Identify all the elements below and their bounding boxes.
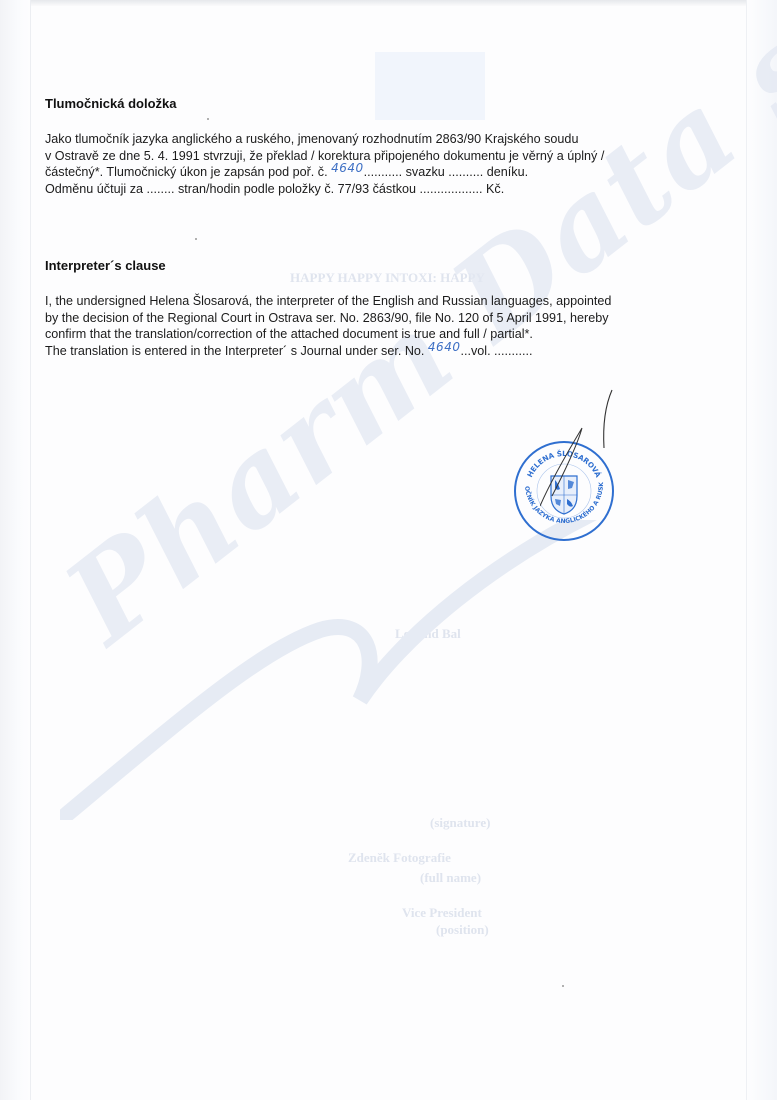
czech-line-3-end: ........... svazku .......... deníku. (364, 165, 528, 179)
czech-line-4: Odměnu účtuji za ........ stran/hodin po… (45, 181, 645, 198)
ghost-text-3: (signature) (430, 815, 490, 831)
document-page: HAPPY HAPPY INTOXI: HAPPY Lot and Bal (s… (0, 0, 777, 1100)
page-edge-right (746, 0, 777, 1100)
english-line-4-end: ...vol. ........... (460, 344, 532, 358)
english-line-4-start: The translation is entered in the Interp… (45, 344, 428, 358)
speck (207, 118, 209, 120)
english-clause-section: Interpreter´s clause I, the undersigned … (45, 258, 645, 359)
ghost-text-6: Vice President (402, 905, 482, 921)
english-line-2: by the decision of the Regional Court in… (45, 310, 645, 327)
czech-line-3-start: částečný*. Tlumočnický úkon je zapsán po… (45, 165, 331, 179)
czech-line-3: částečný*. Tlumočnický úkon je zapsán po… (45, 164, 645, 181)
handwritten-journal-number: 4640 (428, 340, 461, 354)
ghost-text-4: Zdeněk Fotografie (348, 850, 451, 866)
english-line-1: I, the undersigned Helena Šlosarová, the… (45, 293, 645, 310)
page-edge-left (0, 0, 31, 1100)
speck (562, 985, 564, 987)
ghost-text-7: (position) (436, 922, 489, 938)
handwritten-serial-number: 4640 (331, 161, 364, 175)
speck (195, 238, 197, 240)
czech-clause-section: Tlumočnická doložka Jako tlumočník jazyk… (45, 96, 645, 197)
ghost-text-2: Lot and Bal (395, 626, 461, 642)
czech-clause-heading: Tlumočnická doložka (45, 96, 645, 111)
czech-clause-text: Jako tlumočník jazyka anglického a ruské… (45, 131, 645, 197)
page-edge-top (0, 0, 777, 6)
english-clause-heading: Interpreter´s clause (45, 258, 645, 273)
official-stamp-icon: HELENA ŠLOSAROVÁ TLUMOČNÍK JAZYKA ANGLIC… (513, 440, 615, 542)
czech-line-1: Jako tlumočník jazyka anglického a ruské… (45, 131, 645, 148)
english-line-4: The translation is entered in the Interp… (45, 343, 645, 360)
ghost-text-5: (full name) (420, 870, 481, 886)
watermark-swoosh-icon (60, 520, 620, 820)
english-line-3: confirm that the translation/correction … (45, 326, 645, 343)
english-clause-text: I, the undersigned Helena Šlosarová, the… (45, 293, 645, 359)
